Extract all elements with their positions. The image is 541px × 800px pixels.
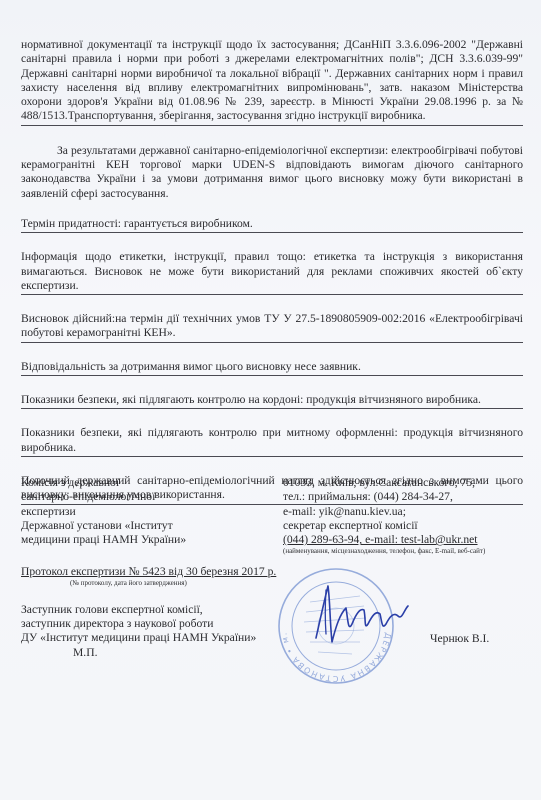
signature-icon [308,580,423,650]
customs-control: Показники безпеки, які підлягають контро… [21,426,523,457]
protocol-block: Протокол експертизи № 5423 від 30 березн… [21,565,276,588]
responsibility: Відповідальність за дотримання вимог цьо… [21,360,523,376]
contacts-caption: (найменування, місцезнаходження, телефон… [283,547,523,556]
paragraph-results: За результатами державної санітарно-епід… [21,144,523,201]
shelf-life: Термін придатності: гарантується виробни… [21,217,523,233]
commission-line: експертизи [21,505,261,519]
address: 01033, м. Київ, вул.Саксаганського, 75, [283,476,523,490]
secretary-contact: (044) 289-63-94, e-mail: test-lab@ukr.ne… [283,533,523,547]
contact-details: 01033, м. Київ, вул.Саксаганського, 75, … [283,476,523,556]
secretary-label: секретар експертної комісії [283,519,523,533]
email: e-mail: yik@nanu.kiev.ua; [283,505,523,519]
bleed-through-text [0,690,541,800]
paragraph-norms: нормативної документації та інструкції щ… [21,38,523,126]
protocol-number: Протокол експертизи № 5423 від 30 березн… [21,565,276,579]
commission-line: медицини праці НАМН України» [21,533,261,547]
border-control: Показники безпеки, які підлягають контро… [21,393,523,409]
signatory-block: Заступник голови експертної комісії, зас… [21,603,281,660]
phone: тел.: приймальня: (044) 284-34-27, [283,490,523,504]
commission-name: Комісія з державної санітарно-епідеміоло… [21,476,261,547]
signer-name: Чернюк В.І. [430,632,489,645]
commission-line: Комісія з державної [21,476,261,490]
commission-line: Державної установи «Інститут [21,519,261,533]
signatory-title-line: ДУ «Інститут медицини праці НАМН України… [21,631,281,645]
document-page: нормативної документації та інструкції щ… [0,0,541,800]
protocol-caption: (№ протоколу, дата його затвердження) [70,579,276,588]
signatory-title-line: Заступник голови експертної комісії, [21,603,281,617]
signatory-title-line: заступник директора з наукової роботи [21,617,281,631]
commission-line: санітарно-епідеміологічної [21,490,261,504]
document-body: нормативної документації та інструкції щ… [21,38,523,505]
labeling-info: Інформація щодо етикетки, інструкції, пр… [21,250,523,295]
validity: Висновок дійсний:на термін дії технічних… [21,312,523,343]
seal-mark: М.П. [73,646,281,660]
issuer-block: Комісія з державної санітарно-епідеміоло… [21,476,523,556]
